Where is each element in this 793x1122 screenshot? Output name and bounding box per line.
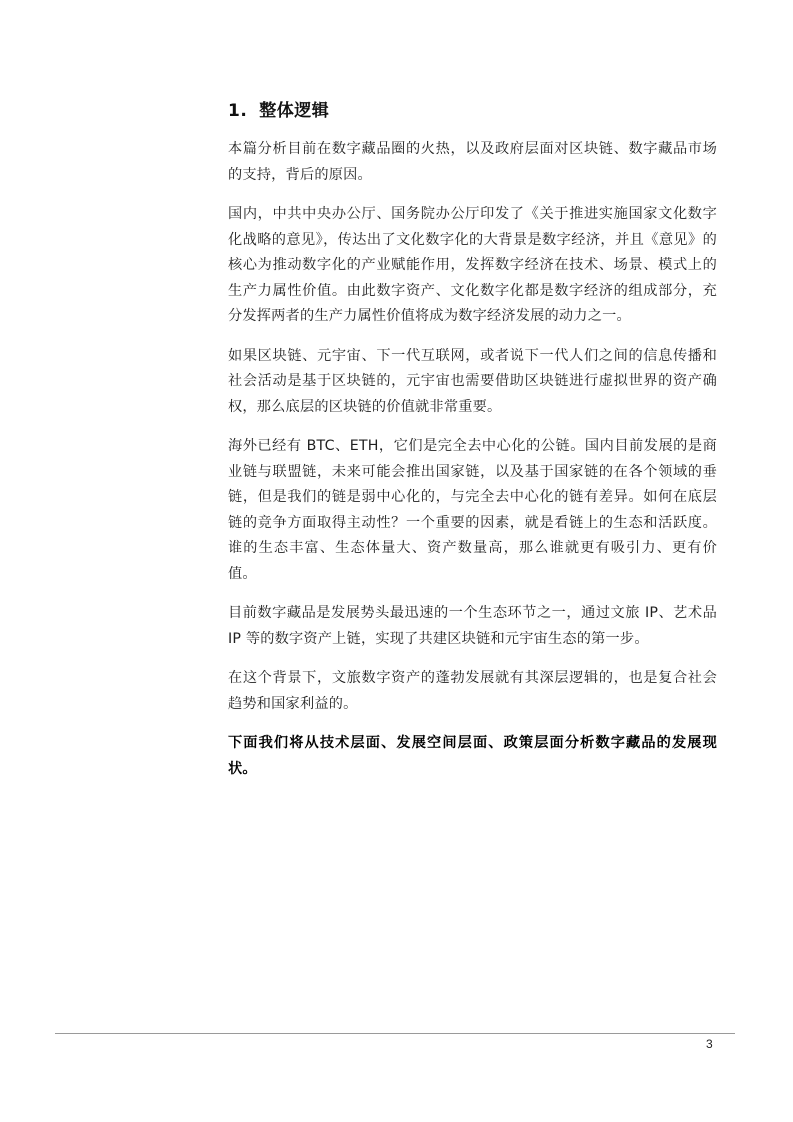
section-title: 整体逻辑 bbox=[259, 101, 329, 121]
page-number: 3 bbox=[706, 1037, 713, 1051]
paragraph-chains: 海外已经有 BTC、ETH，它们是完全去中心化的公链。国内目前发展的是商业链与联… bbox=[228, 434, 717, 587]
paragraph-digital-collectibles: 目前数字藏品是发展势头最迅速的一个生态环节之一，通过文旅 IP、艺术品 IP 等… bbox=[228, 601, 717, 652]
paragraph-blockchain: 如果区块链、元宇宙、下一代互联网，或者说下一代人们之间的信息传播和社会活动是基于… bbox=[228, 344, 717, 421]
footer-divider bbox=[55, 1033, 735, 1034]
section-heading: 1.整体逻辑 bbox=[228, 96, 329, 121]
paragraph-policy: 国内，中共中央办公厅、国务院办公厅印发了《关于推进实施国家文化数字化战略的意见》… bbox=[228, 202, 717, 330]
body-text: 本篇分析目前在数字藏品圈的火热，以及政府层面对区块链、数字藏品市场的支持，背后的… bbox=[228, 137, 717, 796]
paragraph-background: 在这个背景下，文旅数字资产的蓬勃发展就有其深层逻辑的，也是复合社会趋势和国家利益… bbox=[228, 666, 717, 717]
document-page: 1.整体逻辑 本篇分析目前在数字藏品圈的火热，以及政府层面对区块链、数字藏品市场… bbox=[0, 0, 793, 1122]
section-number: 1. bbox=[228, 101, 247, 121]
paragraph-summary: 下面我们将从技术层面、发展空间层面、政策层面分析数字藏品的发展现状。 bbox=[228, 731, 717, 782]
paragraph-intro: 本篇分析目前在数字藏品圈的火热，以及政府层面对区块链、数字藏品市场的支持，背后的… bbox=[228, 137, 717, 188]
